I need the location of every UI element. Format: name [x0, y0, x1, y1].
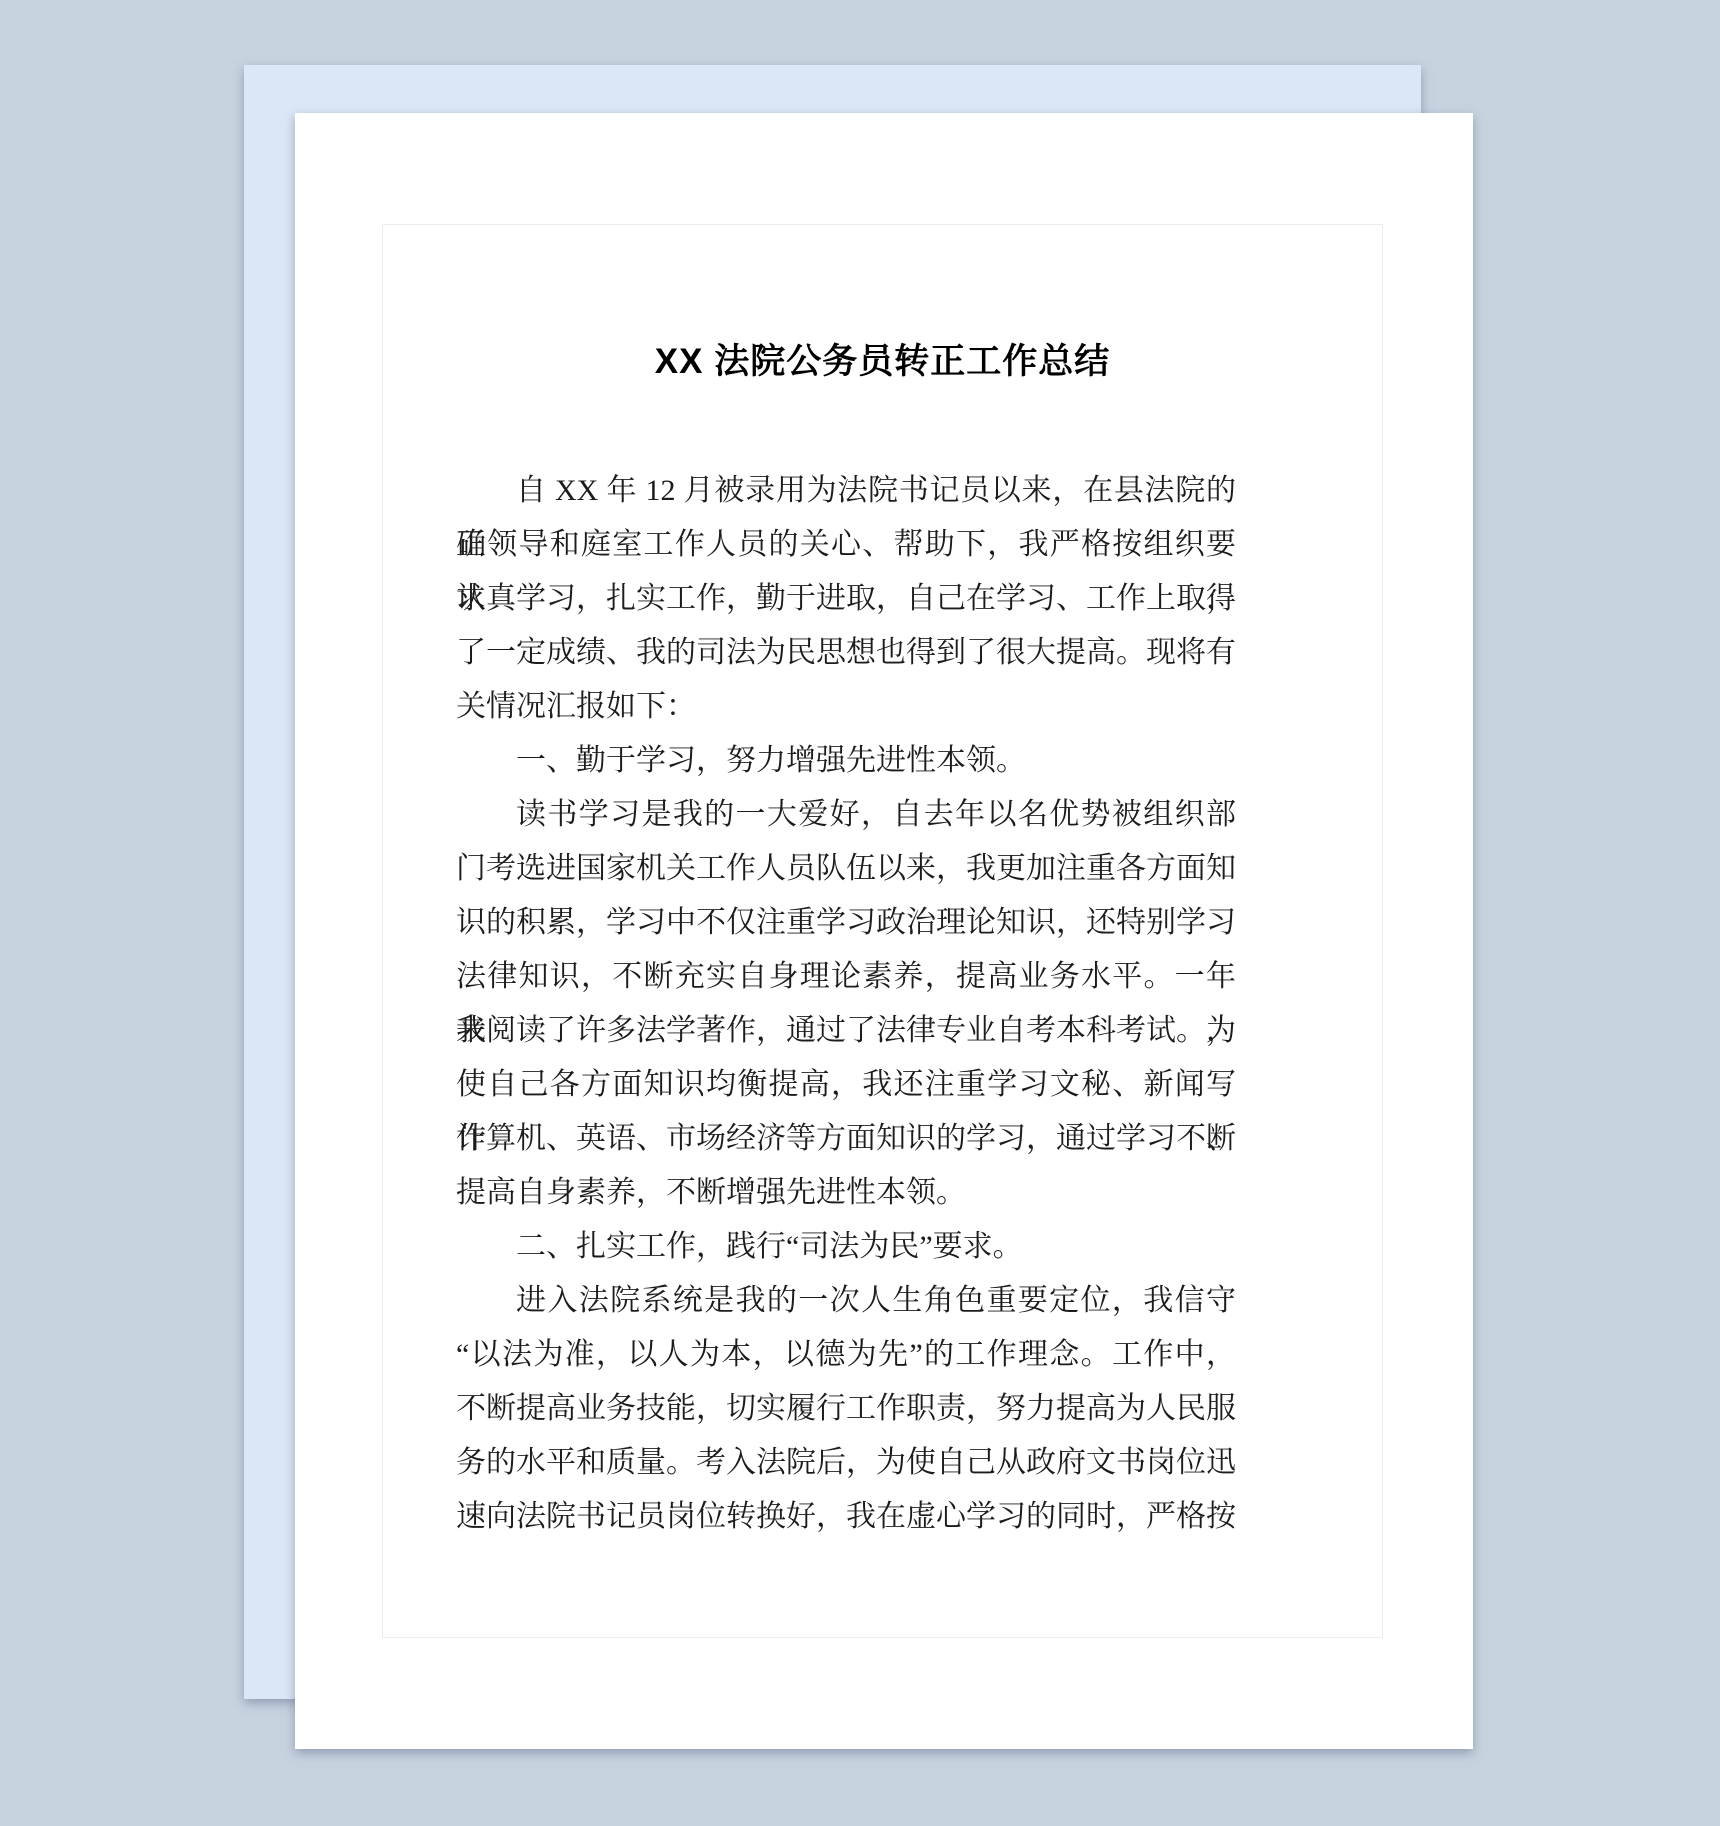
document-line: “以法为准，以人为本，以德为先”的工作理念。工作中，: [456, 1328, 1236, 1382]
document-line: 不断提高业务技能，切实履行工作职责，努力提高为人民服: [456, 1382, 1236, 1436]
document-line: 门考选进国家机关工作人员队伍以来，我更加注重各方面知: [456, 842, 1236, 896]
document-line: 一、勤于学习，努力增强先进性本领。: [456, 734, 1236, 788]
document-line: 使自己各方面知识均衡提高，我还注重学习文秘、新闻写作、: [456, 1058, 1236, 1112]
document-line: 了一定成绩、我的司法为民思想也得到了很大提高。现将有: [456, 626, 1236, 680]
document-line: 计算机、英语、市场经济等方面知识的学习，通过学习不断: [456, 1112, 1236, 1166]
document-line: 进入法院系统是我的一次人生角色重要定位，我信守: [456, 1274, 1236, 1328]
screenshot-canvas: { "document": { "title": "XX 法院公务员转正工作总结…: [0, 0, 1720, 1826]
document-line: 我阅读了许多法学著作，通过了法律专业自考本科考试。为: [456, 1004, 1236, 1058]
document-line: 自 XX 年 12 月被录用为法院书记员以来，在县法院的正: [456, 464, 1236, 518]
document-line: 提高自身素养，不断增强先进性本领。: [456, 1166, 1236, 1220]
document-line: 读书学习是我的一大爱好，自去年以名优势被组织部: [456, 788, 1236, 842]
document-line: 确领导和庭室工作人员的关心、帮助下，我严格按组织要求，: [456, 518, 1236, 572]
document-line: 速向法院书记员岗位转换好，我在虚心学习的同时，严格按: [456, 1490, 1236, 1544]
document-line: 认真学习，扎实工作，勤于进取，自己在学习、工作上取得: [456, 572, 1236, 626]
document-line: 务的水平和质量。考入法院后，为使自己从政府文书岗位迅: [456, 1436, 1236, 1490]
document-page: XX 法院公务员转正工作总结 自 XX 年 12 月被录用为法院书记员以来，在县…: [295, 113, 1473, 1749]
page-margin-frame: XX 法院公务员转正工作总结 自 XX 年 12 月被录用为法院书记员以来，在县…: [382, 224, 1383, 1638]
document-line: 识的积累，学习中不仅注重学习政治理论知识，还特别学习: [456, 896, 1236, 950]
document-line: 二、扎实工作，践行“司法为民”要求。: [456, 1220, 1236, 1274]
document-title: XX 法院公务员转正工作总结: [383, 337, 1382, 387]
document-line: 法律知识，不断充实自身理论素养，提高业务水平。一年来，: [456, 950, 1236, 1004]
document-line: 关情况汇报如下：: [456, 680, 1236, 734]
document-body: 自 XX 年 12 月被录用为法院书记员以来，在县法院的正确领导和庭室工作人员的…: [456, 464, 1236, 1544]
